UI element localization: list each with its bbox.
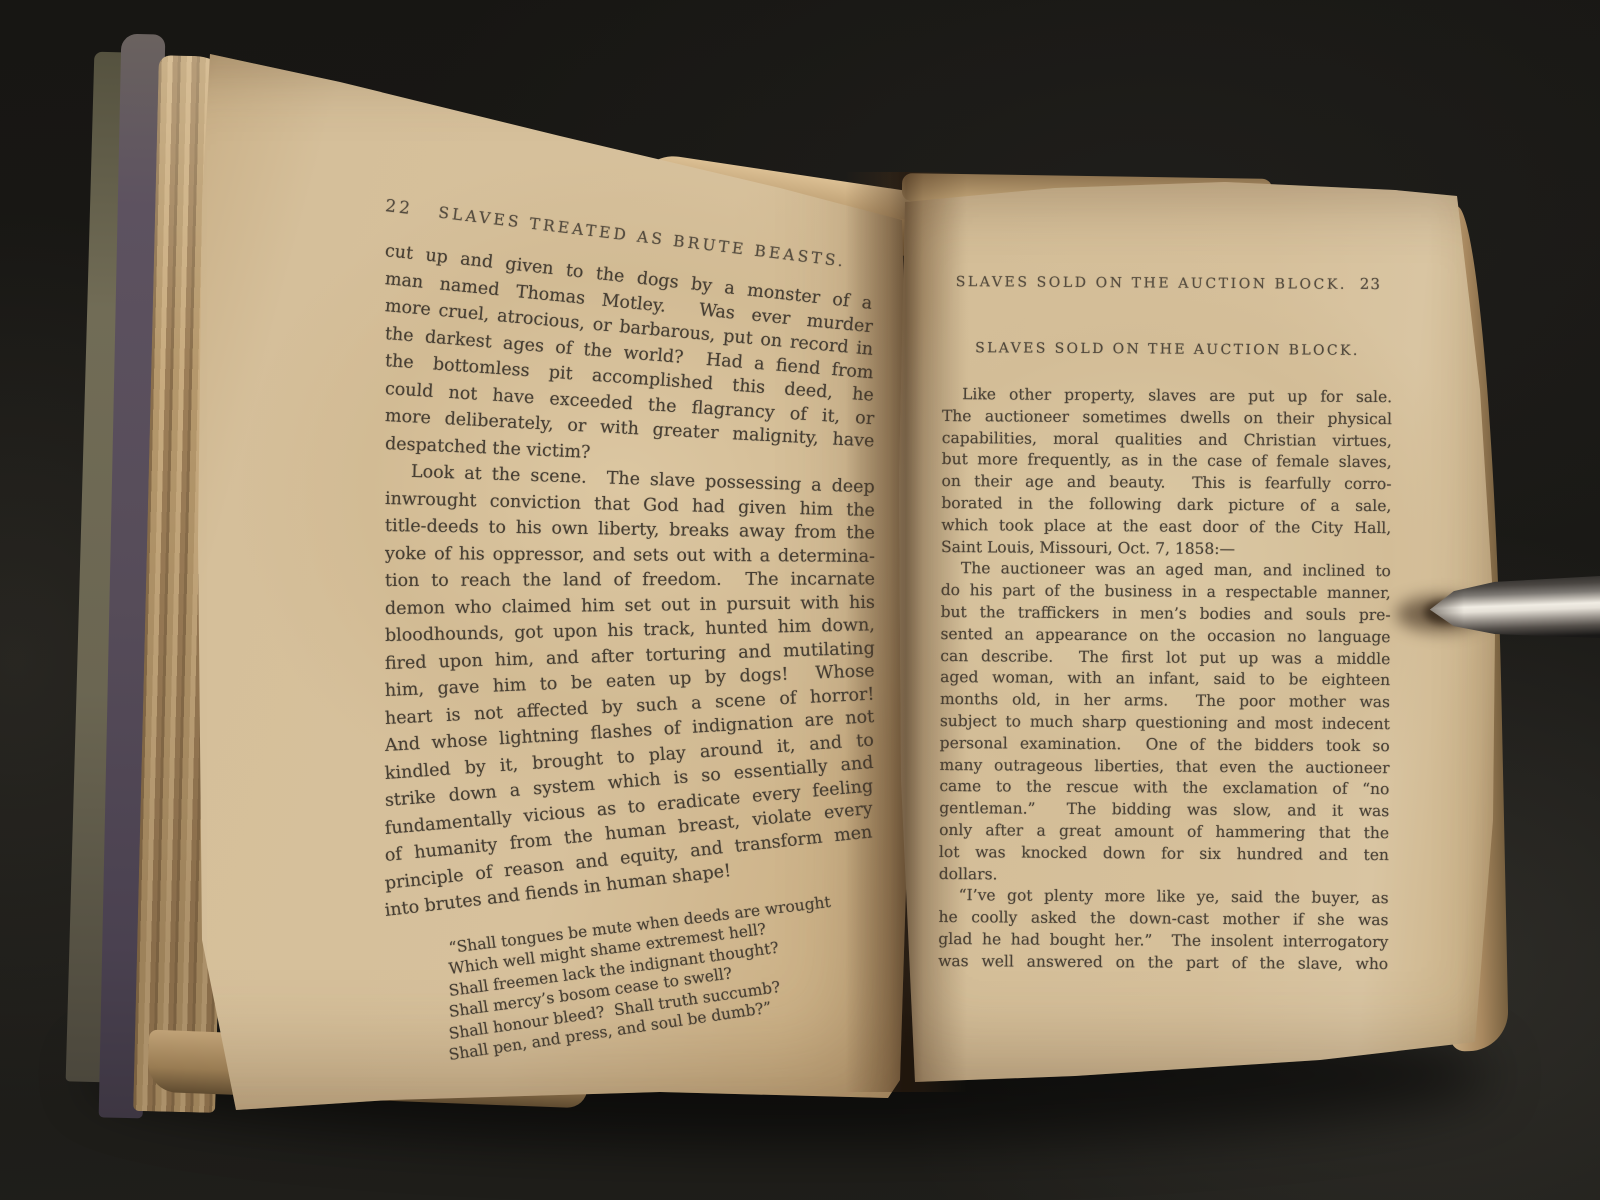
right-running-head: SLAVES SOLD ON THE AUCTION BLOCK. 23	[943, 272, 1393, 301]
poem-block: “Shall tongues be mute when deeds are wr…	[449, 938, 875, 1067]
text-line: dollars.	[939, 864, 1389, 889]
text-line: subject to much sharp questioning and mo…	[940, 711, 1390, 736]
left-page-text: 22 SLAVES TREATED AS BRUTE BEASTS. cut u…	[385, 196, 875, 1067]
text-line: but the traffickers in men’s bodies and …	[941, 602, 1391, 627]
text-line: do his part of the business in a respect…	[941, 580, 1391, 605]
gutter-shadow	[845, 172, 967, 1092]
text-line: The auctioneer was an aged man, and incl…	[941, 558, 1391, 583]
text-line: borated in the following dark picture of…	[941, 493, 1391, 518]
left-page-body: cut up and given to the dogs by a monste…	[385, 238, 875, 926]
text-line: personal examination. One of the bidders…	[940, 733, 1390, 758]
text-line: was well answered on the part of the sla…	[938, 951, 1388, 976]
text-line: came to the rescue with the exclamation …	[939, 776, 1389, 801]
right-page-body: Like other property, slaves are put up f…	[938, 384, 1392, 976]
text-line: The auctioneer sometimes dwells on their…	[942, 406, 1392, 431]
text-line: on their age and beauty. This is fearful…	[941, 471, 1391, 496]
left-page-number: 22	[384, 196, 414, 219]
text-line: can describe. The first lot put up was a…	[940, 646, 1390, 671]
right-page-text: SLAVES SOLD ON THE AUCTION BLOCK. 23 SLA…	[938, 272, 1393, 976]
text-line: capabilities, moral qualities and Christ…	[942, 428, 1392, 453]
text-line: “I’ve got plenty more like ye, said the …	[939, 885, 1389, 910]
text-line: lot was knocked down for six hundred and…	[939, 842, 1389, 867]
text-line: gentleman.” The bidding was slow, and it…	[939, 798, 1389, 823]
text-line: many outrageous liberties, that even the…	[939, 755, 1389, 780]
text-line: glad he had bought her.” The insolent in…	[938, 929, 1388, 954]
text-line: only after a great amount of hammering t…	[939, 820, 1389, 845]
text-line: which took place at the east door of the…	[941, 515, 1391, 540]
text-line: sented an appearance on the occasion no …	[940, 624, 1390, 649]
text-line: he coolly asked the down-cast mother if …	[938, 907, 1388, 932]
text-line: but more frequently, as in the case of f…	[942, 449, 1392, 474]
book-photograph: 22 SLAVES TREATED AS BRUTE BEASTS. cut u…	[0, 0, 1600, 1200]
text-line: aged woman, with an infant, said to be e…	[940, 667, 1390, 692]
text-line: Saint Louis, Missouri, Oct. 7, 1858:—	[941, 537, 1391, 562]
section-heading: SLAVES SOLD ON THE AUCTION BLOCK.	[942, 340, 1392, 363]
right-page-number: 23	[1360, 275, 1393, 293]
right-running-head-title: SLAVES SOLD ON THE AUCTION BLOCK.	[943, 274, 1360, 293]
text-line: months old, in her arms. The poor mother…	[940, 689, 1390, 714]
text-line: Like other property, slaves are put up f…	[942, 384, 1392, 409]
